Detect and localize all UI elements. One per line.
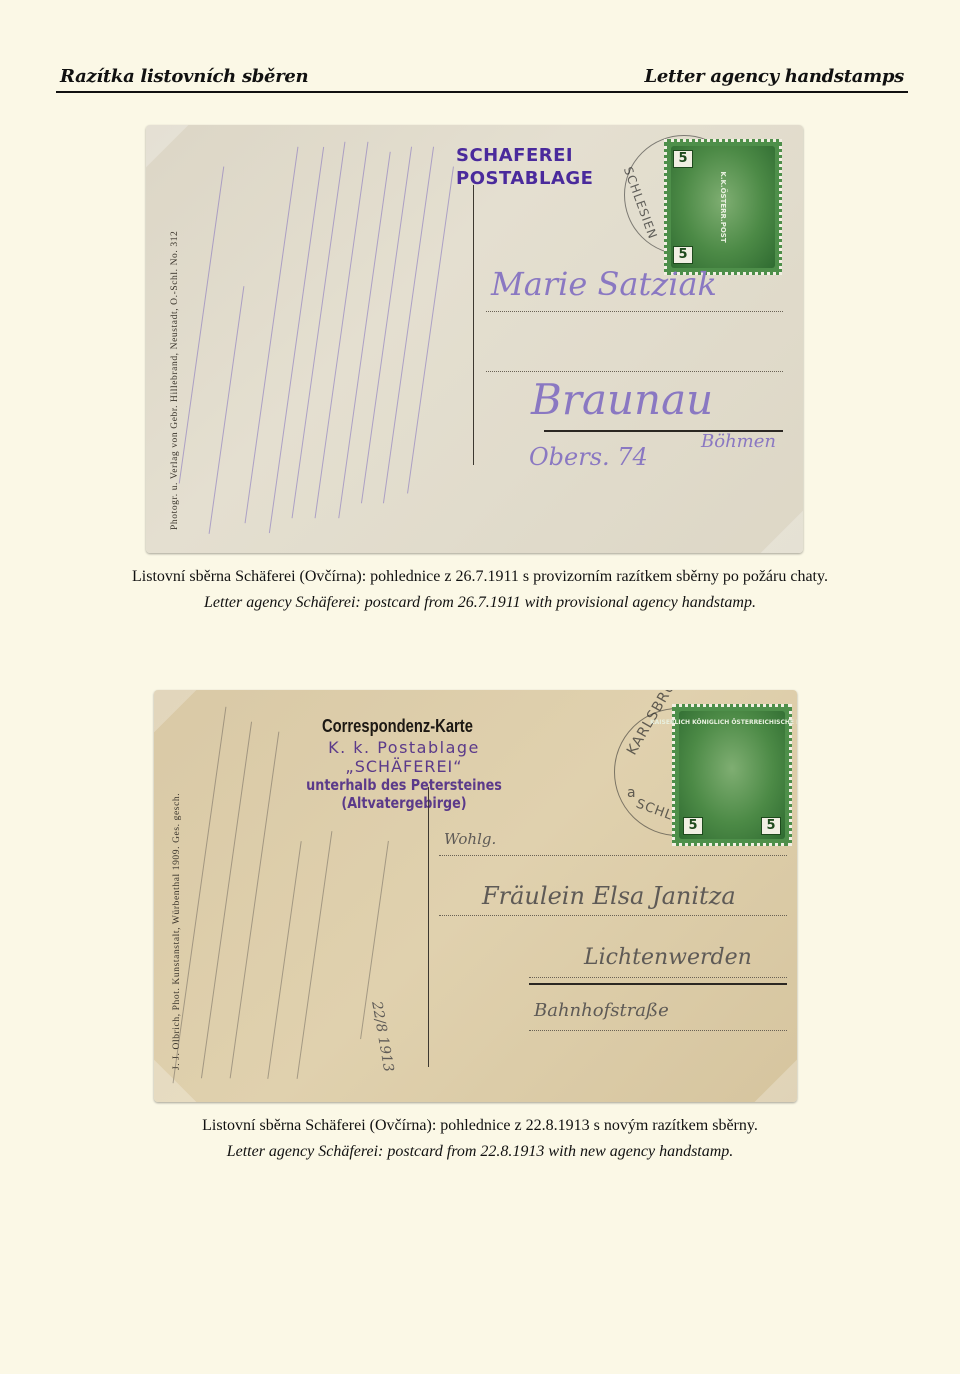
address-street: Bahnhofstraße bbox=[534, 1000, 669, 1021]
address-line bbox=[529, 1030, 787, 1031]
postage-stamp: K.K.ÖSTERR.POST 5 5 bbox=[664, 139, 782, 275]
address-city: Lichtenwerden bbox=[584, 945, 752, 970]
publisher-imprint: Photogr. u. Verlag von Gebr. Hillebrand,… bbox=[170, 231, 180, 530]
address-city: Braunau bbox=[531, 375, 713, 424]
agency-handstamp: K. k. Postablage „SCHÄFEREI“ unterhalb d… bbox=[274, 738, 534, 812]
handstamp-line: SCHAFEREI bbox=[456, 147, 593, 166]
address-line bbox=[486, 371, 783, 372]
address-region: Böhmen bbox=[701, 431, 776, 452]
photo-corner bbox=[755, 1060, 797, 1102]
handstamp-line: POSTABLAGE bbox=[456, 170, 593, 189]
page-header-left-title: Razítka listovních sběren bbox=[60, 66, 308, 87]
address-name: Marie Satziak bbox=[491, 265, 717, 303]
handstamp-line: „SCHÄFEREI“ bbox=[274, 757, 534, 776]
caption-english: Letter agency Schäferei: postcard from 2… bbox=[0, 594, 960, 612]
address-line bbox=[439, 915, 787, 916]
address-salutation: Wohlg. bbox=[444, 830, 496, 848]
handstamp-line: K. k. Postablage bbox=[274, 738, 534, 757]
card-divider bbox=[428, 787, 429, 1067]
photo-corner bbox=[154, 690, 196, 732]
card-title: Correspondenz-Karte bbox=[322, 716, 473, 737]
agency-handstamp: SCHAFEREI POSTABLAGE bbox=[456, 147, 593, 189]
card-divider bbox=[473, 185, 474, 465]
photo-corner bbox=[146, 125, 188, 167]
caption-czech: Listovní sběrna Schäferei (Ovčírna): poh… bbox=[0, 568, 960, 586]
header-rule bbox=[56, 91, 908, 93]
postcard-1: Photogr. u. Verlag von Gebr. Hillebrand,… bbox=[146, 125, 803, 553]
caption-english: Letter agency Schäferei: postcard from 2… bbox=[0, 1143, 960, 1161]
address-name: Fräulein Elsa Janitza bbox=[482, 882, 736, 910]
stamp-value: 5 bbox=[683, 817, 703, 835]
stamp-value: 5 bbox=[761, 817, 781, 835]
postcard-2: J. J. Olbrich, Phot. Kunstanstalt, Würbe… bbox=[154, 690, 797, 1102]
address-line bbox=[529, 983, 787, 985]
handstamp-line: unterhalb des Petersteines bbox=[294, 776, 515, 794]
postmark-letter: a bbox=[627, 785, 637, 801]
address-line bbox=[486, 311, 783, 312]
page-header-right-title: Letter agency handstamps bbox=[644, 66, 904, 87]
handstamp-line: (Altvatergebirge) bbox=[294, 794, 515, 812]
message-date: 22/8 1913 bbox=[368, 1000, 396, 1073]
postage-stamp: KAISERLICH KÖNIGLICH ÖSTERREICHISCHE POS… bbox=[672, 704, 792, 846]
stamp-value: 5 bbox=[673, 150, 693, 168]
address-line bbox=[439, 855, 787, 856]
photo-corner bbox=[761, 511, 803, 553]
address-line bbox=[529, 977, 787, 978]
stamp-value: 5 bbox=[673, 246, 693, 264]
address-street: Obers. 74 bbox=[529, 443, 648, 471]
caption-czech: Listovní sběrna Schäferei (Ovčírna): poh… bbox=[0, 1117, 960, 1135]
